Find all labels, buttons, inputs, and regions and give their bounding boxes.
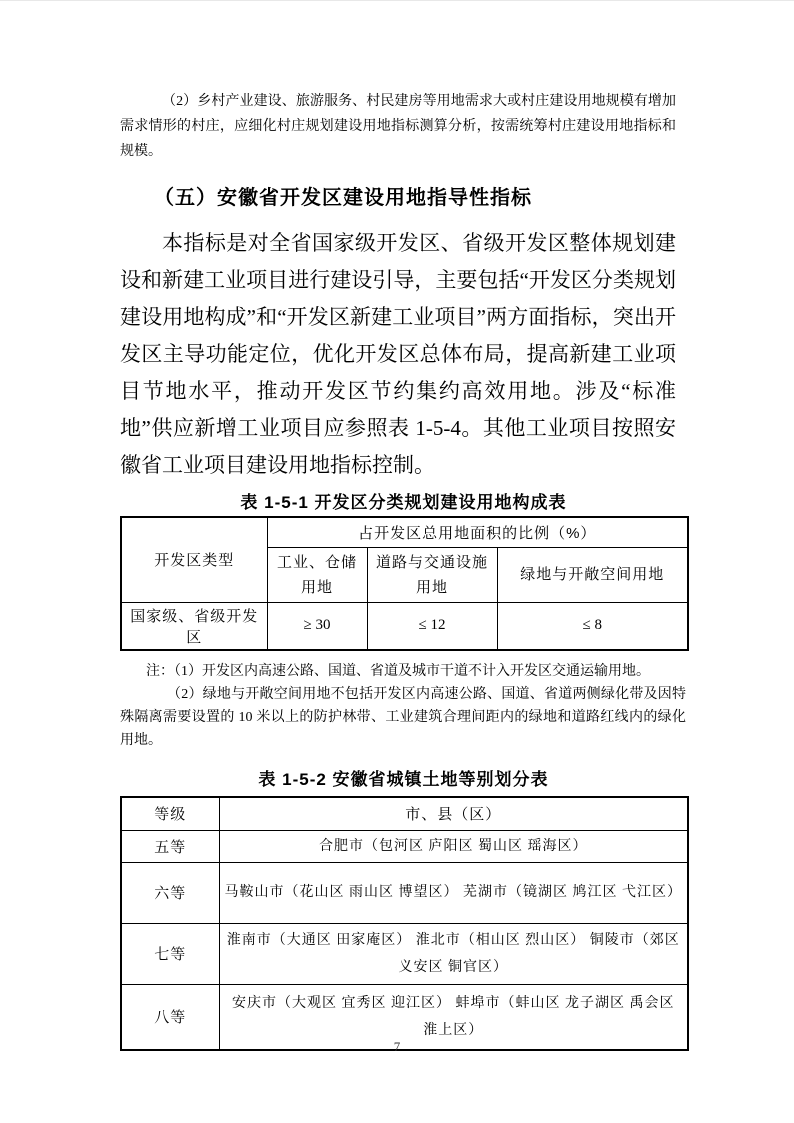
- table-1-5-2-title: 表 1-5-2 安徽省城镇土地等别划分表: [120, 765, 687, 790]
- table1-notes: 注：（1）开发区内高速公路、国道、省道及城市干道不计入开发区交通运输用地。 （2…: [120, 660, 686, 752]
- section-heading: （五）安徽省开发区建设用地指导性指标: [154, 181, 687, 210]
- table1-row-type: 国家级、省级开发区: [121, 602, 267, 650]
- table-row: 五等 合肥市（包河区 庐阳区 蜀山区 瑶海区）: [121, 830, 688, 862]
- table1-subheader-industrial: 工业、仓储用地: [267, 547, 367, 602]
- table2-regions-6: 马鞍山市（花山区 雨山区 博望区） 芜湖市（镜湖区 鸠江区 弋江区）: [219, 862, 688, 923]
- table1-value-road: ≤ 12: [367, 602, 497, 650]
- table-row: 七等 淮南市（大通区 田家庵区） 淮北市（相山区 烈山区） 铜陵市（郊区 义安区…: [121, 923, 688, 984]
- table1-note-2: （2）绿地与开敞空间用地不包括开发区内高速公路、国道、省道两侧绿化带及因特殊隔离…: [120, 683, 686, 752]
- table1-header-group: 占开发区总用地面积的比例（%）: [267, 517, 688, 547]
- table2-regions-7: 淮南市（大通区 田家庵区） 淮北市（相山区 烈山区） 铜陵市（郊区 义安区 铜官…: [219, 923, 688, 984]
- table1-subheader-green: 绿地与开敞空间用地: [497, 547, 688, 602]
- page-number: 7: [0, 1039, 794, 1055]
- table2-grade-5: 五等: [121, 830, 219, 862]
- table1-subheader-road: 道路与交通设施用地: [367, 547, 497, 602]
- document-page: （2）乡村产业建设、旅游服务、村民建房等用地需求大或村庄建设用地规模有增加需求情…: [0, 1, 794, 1123]
- table-1-5-1-title: 表 1-5-1 开发区分类规划建设用地构成表: [120, 488, 687, 513]
- table2-header-regions: 市、县（区）: [219, 797, 688, 831]
- table-1-5-2: 等级 市、县（区） 五等 合肥市（包河区 庐阳区 蜀山区 瑶海区） 六等 马鞍山…: [120, 796, 689, 1051]
- table2-regions-5: 合肥市（包河区 庐阳区 蜀山区 瑶海区）: [219, 830, 688, 862]
- table-row: 六等 马鞍山市（花山区 雨山区 博望区） 芜湖市（镜湖区 鸠江区 弋江区）: [121, 862, 688, 923]
- section-body-paragraph: 本指标是对全省国家级开发区、省级开发区整体规划建设和新建工业项目进行建设引导，主…: [120, 225, 676, 484]
- table1-value-green: ≤ 8: [497, 602, 688, 650]
- table2-grade-7: 七等: [121, 923, 219, 984]
- table2-header-grade: 等级: [121, 797, 219, 831]
- table1-value-industrial: ≥ 30: [267, 602, 367, 650]
- table1-note-1: 注：（1）开发区内高速公路、国道、省道及城市干道不计入开发区交通运输用地。: [120, 660, 686, 683]
- table-1-5-1: 开发区类型 占开发区总用地面积的比例（%） 工业、仓储用地 道路与交通设施用地 …: [120, 516, 689, 651]
- table-row: 国家级、省级开发区 ≥ 30 ≤ 12 ≤ 8: [121, 602, 688, 650]
- page-content: （2）乡村产业建设、旅游服务、村民建房等用地需求大或村庄建设用地规模有增加需求情…: [120, 89, 687, 1051]
- table2-grade-6: 六等: [121, 862, 219, 923]
- intro-paragraph: （2）乡村产业建设、旅游服务、村民建房等用地需求大或村庄建设用地规模有增加需求情…: [120, 89, 676, 164]
- table1-header-type: 开发区类型: [121, 517, 267, 602]
